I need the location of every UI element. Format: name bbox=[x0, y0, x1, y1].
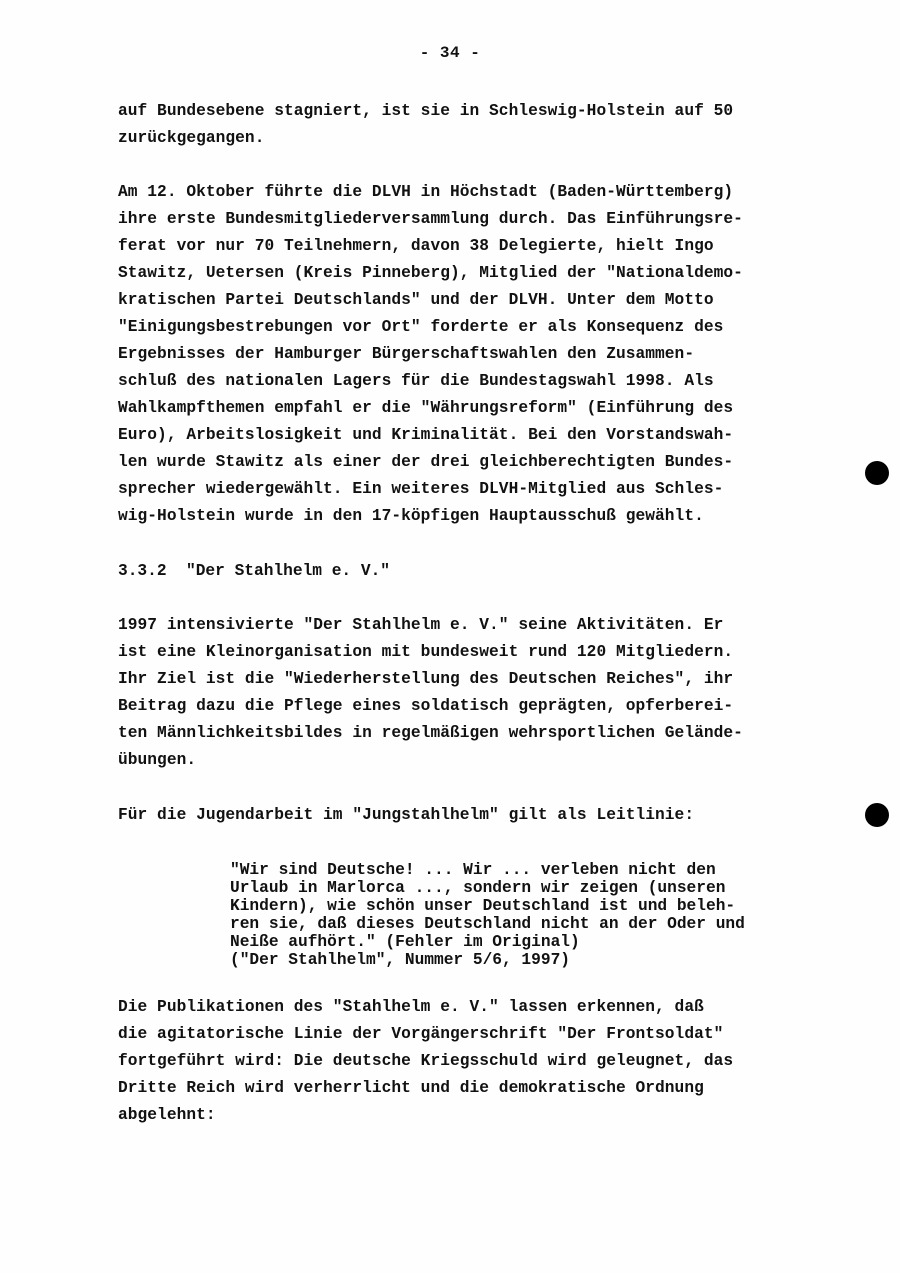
text-line: ihre erste Bundesmitgliederversammlung d… bbox=[118, 209, 743, 229]
document-page: - 34 - auf Bundesebene stagniert, ist si… bbox=[0, 0, 900, 1273]
section-heading: 3.3.2 "Der Stahlhelm e. V." bbox=[118, 562, 390, 580]
punch-hole-mark-icon bbox=[865, 461, 889, 485]
quote-line: ren sie, daß dieses Deutschland nicht an… bbox=[230, 915, 745, 933]
text-line: sprecher wiedergewählt. Ein weiteres DLV… bbox=[118, 479, 723, 499]
text-line: "Einigungsbestrebungen vor Ort" forderte… bbox=[118, 317, 723, 337]
quote-line: Neiße aufhört." (Fehler im Original) bbox=[230, 933, 580, 951]
text-line: zurückgegangen. bbox=[118, 128, 264, 148]
text-line: übungen. bbox=[118, 750, 196, 770]
quote-line: Urlaub in Marlorca ..., sondern wir zeig… bbox=[230, 879, 725, 897]
text-line: Ergebnisses der Hamburger Bürgerschaftsw… bbox=[118, 344, 694, 364]
text-line: schluß des nationalen Lagers für die Bun… bbox=[118, 371, 714, 391]
text-line: wig-Holstein wurde in den 17-köpfigen Ha… bbox=[118, 506, 704, 526]
text-line: Wahlkampfthemen empfahl er die "Währungs… bbox=[118, 398, 733, 418]
text-line: Die Publikationen des "Stahlhelm e. V." … bbox=[118, 997, 704, 1017]
text-line: kratischen Partei Deutschlands" und der … bbox=[118, 290, 714, 310]
text-line: fortgeführt wird: Die deutsche Kriegssch… bbox=[118, 1051, 733, 1071]
text-line: Ihr Ziel ist die "Wiederherstellung des … bbox=[118, 669, 733, 689]
text-line: Dritte Reich wird verherrlicht und die d… bbox=[118, 1078, 704, 1098]
text-line: Euro), Arbeitslosigkeit und Kriminalität… bbox=[118, 425, 733, 445]
text-line: ferat vor nur 70 Teilnehmern, davon 38 D… bbox=[118, 236, 714, 256]
text-line: Beitrag dazu die Pflege eines soldatisch… bbox=[118, 696, 733, 716]
quote-citation: ("Der Stahlhelm", Nummer 5/6, 1997) bbox=[230, 951, 570, 969]
text-line: Am 12. Oktober führte die DLVH in Höchst… bbox=[118, 182, 733, 202]
text-line: Für die Jugendarbeit im "Jungstahlhelm" … bbox=[118, 805, 694, 825]
text-line: ist eine Kleinorganisation mit bundeswei… bbox=[118, 642, 733, 662]
text-line: Stawitz, Uetersen (Kreis Pinneberg), Mit… bbox=[118, 263, 743, 283]
text-line: auf Bundesebene stagniert, ist sie in Sc… bbox=[118, 101, 733, 121]
page-number: - 34 - bbox=[0, 44, 900, 62]
punch-hole-mark-icon bbox=[865, 803, 889, 827]
text-line: len wurde Stawitz als einer der drei gle… bbox=[118, 452, 733, 472]
quote-line: "Wir sind Deutsche! ... Wir ... verleben… bbox=[230, 861, 716, 879]
text-line: ten Männlichkeitsbildes in regelmäßigen … bbox=[118, 723, 743, 743]
text-line: 1997 intensivierte "Der Stahlhelm e. V."… bbox=[118, 615, 723, 635]
text-line: die agitatorische Linie der Vorgängersch… bbox=[118, 1024, 723, 1044]
quote-line: Kindern), wie schön unser Deutschland is… bbox=[230, 897, 735, 915]
text-line: abgelehnt: bbox=[118, 1105, 216, 1125]
